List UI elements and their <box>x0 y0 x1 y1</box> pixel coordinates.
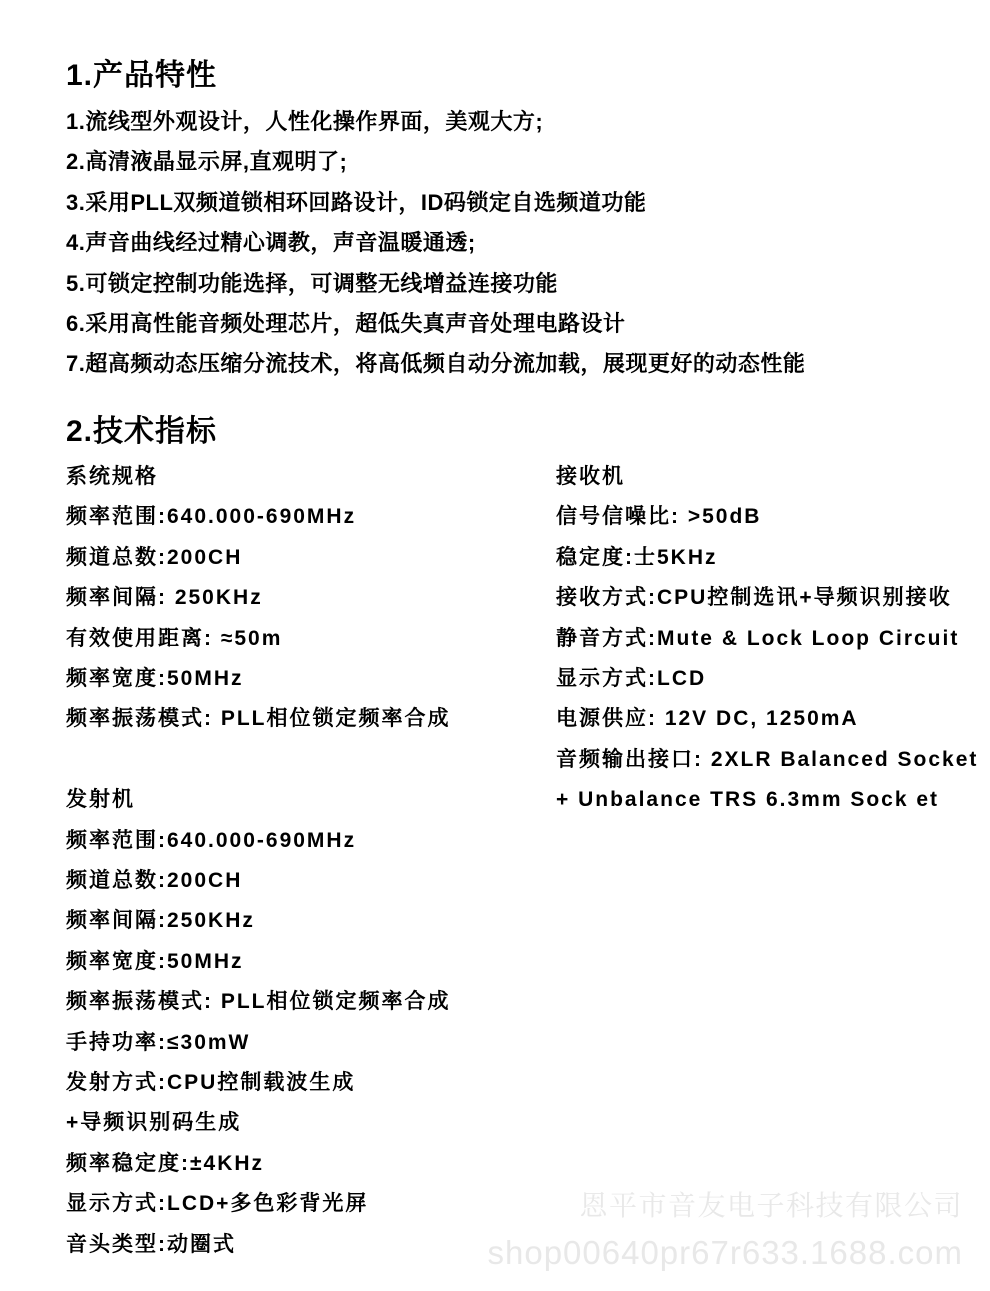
spec-line-mute-method: 静音方式:Mute & Lock Loop Circuit <box>556 619 978 659</box>
feature-item: 1.流线型外观设计，人性化操作界面，美观大方; <box>66 102 805 142</box>
features-list: 1.流线型外观设计，人性化操作界面，美观大方; 2.高清液晶显示屏,直观明了; … <box>66 102 805 385</box>
feature-item: 5.可锁定控制功能选择，可调整无线增益连接功能 <box>66 264 805 304</box>
spec-line-rx-stability: 稳定度:士5KHz <box>556 538 978 578</box>
spec-line-rx-display: 显示方式:LCD <box>556 659 978 699</box>
spec-group-spacer <box>66 740 451 780</box>
feature-item: 3.采用PLL双频道锁相环回路设计，ID码锁定自选频道功能 <box>66 183 805 223</box>
spec-line-tx-bandwidth: 频率宽度:50MHz <box>66 942 451 982</box>
system-specs-title: 系统规格 <box>66 457 451 497</box>
spec-line-tx-channel-count: 频道总数:200CH <box>66 861 451 901</box>
specs-right-column: 接收机 信号信噪比: >50dB 稳定度:士5KHz 接收方式:CPU控制选讯+… <box>556 457 978 821</box>
spec-line-tx-method-cont: +导频识别码生成 <box>66 1103 451 1143</box>
specs-left-column: 系统规格 频率范围:640.000-690MHz 频道总数:200CH 频率间隔… <box>66 457 451 1265</box>
spec-line-power-supply: 电源供应: 12V DC, 1250mA <box>556 699 978 739</box>
receiver-specs-title: 接收机 <box>556 457 978 497</box>
spec-line-snr: 信号信噪比: >50dB <box>556 497 978 537</box>
spec-line-handheld-power: 手持功率:≤30mW <box>66 1023 451 1063</box>
feature-item: 2.高清液晶显示屏,直观明了; <box>66 142 805 182</box>
watermark-shop-url: shop00640pr67r633.1688.com <box>487 1229 963 1276</box>
spec-line-tx-display: 显示方式:LCD+多色彩背光屏 <box>66 1184 451 1224</box>
spec-line-effective-range: 有效使用距离: ≈50m <box>66 619 451 659</box>
spec-line-rx-method: 接收方式:CPU控制选讯+导频识别接收 <box>556 578 978 618</box>
spec-line-audio-output: 音频输出接口: 2XLR Balanced Socket <box>556 740 978 780</box>
spec-line-capsule-type: 音头类型:动圈式 <box>66 1225 451 1265</box>
spec-line-tx-frequency-range: 频率范围:640.000-690MHz <box>66 821 451 861</box>
spec-line-frequency-range: 频率范围:640.000-690MHz <box>66 497 451 537</box>
spec-line-bandwidth: 频率宽度:50MHz <box>66 659 451 699</box>
feature-item: 6.采用高性能音频处理芯片，超低失真声音处理电路设计 <box>66 304 805 344</box>
product-spec-document: 1.产品特性 1.流线型外观设计，人性化操作界面，美观大方; 2.高清液晶显示屏… <box>0 0 990 1291</box>
spec-line-frequency-spacing: 频率间隔: 250KHz <box>66 578 451 618</box>
watermark: 恩平市音友电子科技有限公司 shop00640pr67r633.1688.com <box>487 1182 963 1276</box>
spec-line-tx-stability: 频率稳定度:±4KHz <box>66 1144 451 1184</box>
specs-section-title: 2.技术指标 <box>66 406 217 450</box>
spec-line-channel-count: 频道总数:200CH <box>66 538 451 578</box>
feature-item: 4.声音曲线经过精心调教，声音温暖通透; <box>66 223 805 263</box>
feature-item: 7.超高频动态压缩分流技术，将高低频自动分流加载，展现更好的动态性能 <box>66 344 805 384</box>
spec-line-tx-oscillation-mode: 频率振荡模式: PLL相位锁定频率合成 <box>66 982 451 1022</box>
spec-line-tx-method: 发射方式:CPU控制载波生成 <box>66 1063 451 1103</box>
spec-line-oscillation-mode: 频率振荡模式: PLL相位锁定频率合成 <box>66 699 451 739</box>
spec-line-audio-output-cont: + Unbalance TRS 6.3mm Sock et <box>556 780 978 820</box>
features-section-title: 1.产品特性 <box>66 50 217 94</box>
spec-line-tx-frequency-spacing: 频率间隔:250KHz <box>66 901 451 941</box>
transmitter-specs-title: 发射机 <box>66 780 451 820</box>
watermark-company-name: 恩平市音友电子科技有限公司 <box>487 1182 963 1229</box>
